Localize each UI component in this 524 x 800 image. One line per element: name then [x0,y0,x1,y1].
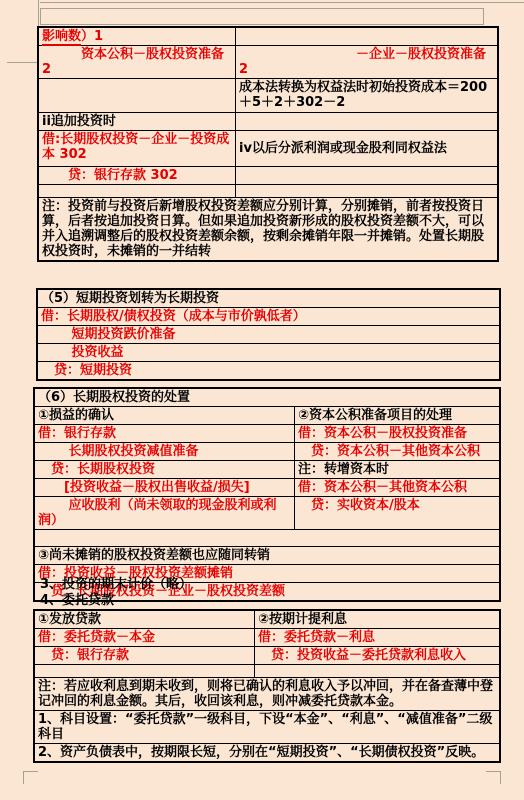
cell-empty [35,530,499,546]
text-boundary-mark-bottom-right [486,771,501,784]
cell-additional-investment-heading: ii追加投资时 [39,113,236,130]
table-entrusted-loan: ①发放贷款 ②按期计提利息 借：委托贷款－本金 借：委托贷款－利息 贷：银行存款… [33,609,501,763]
cell-later-profit-distribution: iv以后分派利润或现金股利同权益法 [236,131,497,166]
cell-credit-long-term-equity: 贷：长期股权投资 [35,461,295,478]
cell-empty [236,167,497,184]
carryover-rest: ）1 [81,29,103,44]
cell-note-capitalization: 注：转增资本时 [295,461,499,478]
table-row: 借：长期股权/债权投资（成本与市价孰低者） [38,307,499,325]
cell-debit-bank: 借：银行存款 [35,425,295,442]
table-row: [投资收益－股权出售收益/损失] 借：资本公积－其他资本公积 [35,478,499,496]
cell-debit-long-term-equity: 借:长期股权投资－企业－投资成 本 302 [39,131,236,166]
table-row: 贷：长期股权投资 注：转增资本时 [35,460,499,478]
table-row: 1、科目设置：“委托贷款”一级科目，下设“本金”、“利息”、“减值准备”二级科目 [35,710,499,743]
table-row: 借：银行存款 借：资本公积－股权投资准备 [35,424,499,442]
cell-debit-entry: 借：长期股权/债权投资（成本与市价孰低者） [38,308,499,325]
cell-empty [236,28,497,45]
cell-header-accrue-interest: ②按期计提利息 [255,611,499,628]
cell-empty [35,665,255,677]
cell-header-grant-loan: ①发放贷款 [35,611,255,628]
table-row: ①损益的确认 ②资本公积准备项目的处理 [35,406,499,424]
cell-carryover-amount: 影响数）1 [39,28,236,45]
table-row: 贷：银行存款 贷：投资收益－委托贷款利息收入 [35,646,499,664]
cell-capital-reserve-entry: 资本公积－股权投资准备 2 [39,46,236,78]
cell-credit-entry: 贷：短期投资 [38,362,499,379]
table-row: 短期投资跌价准备 [38,325,499,343]
heading-entrusted-loan: 4、委托贷款 [40,593,500,608]
table-row: 2、资产负债表中，按期限长短，分别在“短期投资”、“长期债权投资”反映。 [35,743,499,761]
cell-section6-title: （6）长期股权投资的处置 [35,389,499,406]
table-row: ①发放贷款 ②按期计提利息 [35,611,499,628]
cell-balance-sheet-note: 2、资产负债表中，按期限长短，分别在“短期投资”、“长期债权投资”反映。 [35,744,499,761]
table-row [35,664,499,677]
cell-empty [236,185,497,197]
table-row: 注：若应收利息到期未收到，则将已确认的利息收入予以冲回，并在备查薄中登记冲回的利… [35,677,499,710]
cell-credit-bank-deposit: 贷：银行存款 302 [39,167,236,184]
table-long-term-equity-disposal: （6）长期股权投资的处置 ①损益的确认 ②资本公积准备项目的处理 借：银行存款 … [33,387,501,602]
table-short-to-long-transfer: （5）短期投资划转为长期投资 借：长期股权/债权投资（成本与市价孰低者） 短期投… [36,288,501,381]
cell-credit-paid-in-capital: 贷：实收资本/股本 [295,497,499,529]
text-boundary-mark-bottom-left [23,771,38,784]
table-row: 借:长期股权投资－企业－投资成 本 302 iv以后分派利润或现金股利同权益法 [39,130,497,166]
table-row: ii追加投资时 [39,112,497,130]
cell-empty [236,113,497,130]
empty-frame [40,8,484,25]
cell-empty [255,665,499,677]
cell-cost-to-equity-formula: 成本法转换为权益法时初始投资成本＝200 ＋5＋2＋302－2 [236,79,497,112]
underlined-text: 影响数 [42,29,81,46]
table-row: 借：委托贷款－本金 借：委托贷款－利息 [35,628,499,646]
cell-unamortized-difference-title: ③尚未摊销的股权投资差额也应随同转销 [35,547,499,564]
cell-debit-capital-reserve: 借：资本公积－股权投资准备 [295,425,499,442]
heading-period-end-valuation: 3、投资的期末计价（略） [40,577,500,592]
table-row: （6）长期股权投资的处置 [35,389,499,406]
cell-credit-other-capital-reserve: 贷：资本公积－其他资本公积 [295,443,499,460]
cell-dividends-receivable: 应收股利（尚未领取的现金股利或利润） [35,497,295,529]
cell-investment-income-bracket: [投资收益－股权出售收益/损失] [35,479,295,496]
cell-interest-reversal-note: 注：若应收利息到期未收到，则将已确认的利息收入予以冲回，并在备查薄中登记冲回的利… [35,678,499,710]
table-row: 贷：银行存款 302 [39,166,497,184]
cell-amortization-note: 注：投资前与投资后新增股权投资差额应分别计算，分别摊销，前者按投资日算，后者按追… [39,198,497,260]
cell-section5-title: （5）短期投资划转为长期投资 [38,290,499,307]
table-row: ③尚未摊销的股权投资差额也应随同转销 [35,546,499,564]
table-row: 影响数）1 [39,28,497,45]
cell-debit-loan-interest: 借：委托贷款－利息 [255,629,499,646]
text-boundary-mark-top-left-h [7,62,39,63]
table-row: 应收股利（尚未领取的现金股利或利润） 贷：实收资本/股本 [35,496,499,529]
table-row: 成本法转换为权益法时初始投资成本＝200 ＋5＋2＋302－2 [39,78,497,112]
document-page: 影响数）1 资本公积－股权投资准备 2 －企业－股权投资准备 2 成本法转换为权… [0,0,524,800]
cell-enterprise-equity-reserve: －企业－股权投资准备 2 [236,46,497,78]
table-row: 长期股权投资减值准备 贷：资本公积－其他资本公积 [35,442,499,460]
cell-account-setup-note: 1、科目设置：“委托贷款”一级科目，下设“本金”、“利息”、“减值准备”二级科目 [35,711,499,743]
cell-investment-income-entry: 投资收益 [38,344,499,361]
table-row: 资本公积－股权投资准备 2 －企业－股权投资准备 2 [39,45,497,78]
table-row: 贷：短期投资 [38,361,499,379]
page-top-rule [40,2,524,3]
table-row [39,184,497,197]
table-additional-investment: 影响数）1 资本公积－股权投资准备 2 －企业－股权投资准备 2 成本法转换为权… [37,26,499,262]
cell-empty [39,79,236,112]
cell-impairment-provision: 长期股权投资减值准备 [35,443,295,460]
table-row [35,529,499,546]
cell-debit-loan-principal: 借：委托贷款－本金 [35,629,255,646]
cell-credit-interest-income: 贷：投资收益－委托贷款利息收入 [255,647,499,664]
cell-empty [39,185,236,197]
cell-header-capital-reserve: ②资本公积准备项目的处理 [295,407,499,424]
cell-header-gain-loss: ①损益的确认 [35,407,295,424]
table-row: 投资收益 [38,343,499,361]
table-row: （5）短期投资划转为长期投资 [38,290,499,307]
cell-debit-other-capital-reserve: 借：资本公积－其他资本公积 [295,479,499,496]
table-row: 注：投资前与投资后新增股权投资差额应分别计算，分别摊销，前者按投资日算，后者按追… [39,197,497,260]
cell-provision-entry: 短期投资跌价准备 [38,326,499,343]
cell-credit-bank: 贷：银行存款 [35,647,255,664]
